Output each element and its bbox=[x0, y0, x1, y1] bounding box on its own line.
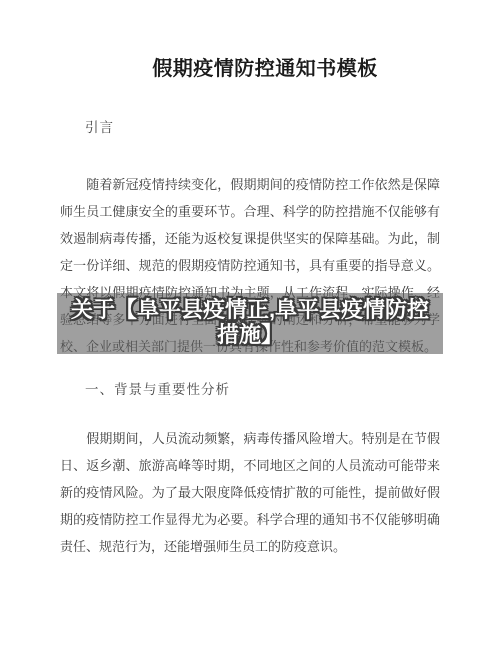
paragraph-line: 假期期间，人员流动频繁，病毒传播风险增大。特别是在节假 bbox=[60, 425, 440, 452]
section1-paragraph: 假期期间，人员流动频繁，病毒传播风险增大。特别是在节假日、返乡潮、旅游高峰等时期… bbox=[60, 425, 440, 560]
paragraph-line: 定一份详细、规范的假期疫情防控通知书，具有重要的指导意义。 bbox=[60, 252, 440, 279]
document-page: 假期疫情防控通知书模板 引言 随着新冠疫情持续变化，假期期间的疫情防控工作依然是… bbox=[0, 0, 500, 647]
overlay-banner-line: 关于【阜平县疫情正,阜平县疫情防控 bbox=[57, 297, 443, 322]
overlay-banner-line: 措施】 bbox=[57, 322, 443, 347]
paragraph-line: 期的疫情防控工作显得尤为必要。科学合理的通知书不仅能够明确 bbox=[60, 506, 440, 533]
page-title: 假期疫情防控通知书模板 bbox=[0, 57, 500, 81]
intro-heading: 引言 bbox=[60, 114, 440, 141]
overlay-link-banner[interactable]: 关于【阜平县疫情正,阜平县疫情防控措施】 bbox=[57, 293, 443, 354]
paragraph-line: 师生员工健康安全的重要环节。合理、科学的防控措施不仅能够有 bbox=[60, 198, 440, 225]
paragraph-line: 日、返乡潮、旅游高峰等时期，不同地区之间的人员流动可能带来 bbox=[60, 452, 440, 479]
paragraph-line: 责任、规范行为，还能增强师生员工的防疫意识。 bbox=[60, 533, 440, 560]
paragraph-line: 新的疫情风险。为了最大限度降低疫情扩散的可能性，提前做好假 bbox=[60, 479, 440, 506]
paragraph-line: 效遏制病毒传播，还能为返校复课提供坚实的保障基础。为此，制 bbox=[60, 225, 440, 252]
section1-heading: 一、背景与重要性分析 bbox=[60, 376, 440, 403]
paragraph-line: 随着新冠疫情持续变化，假期期间的疫情防控工作依然是保障 bbox=[60, 171, 440, 198]
